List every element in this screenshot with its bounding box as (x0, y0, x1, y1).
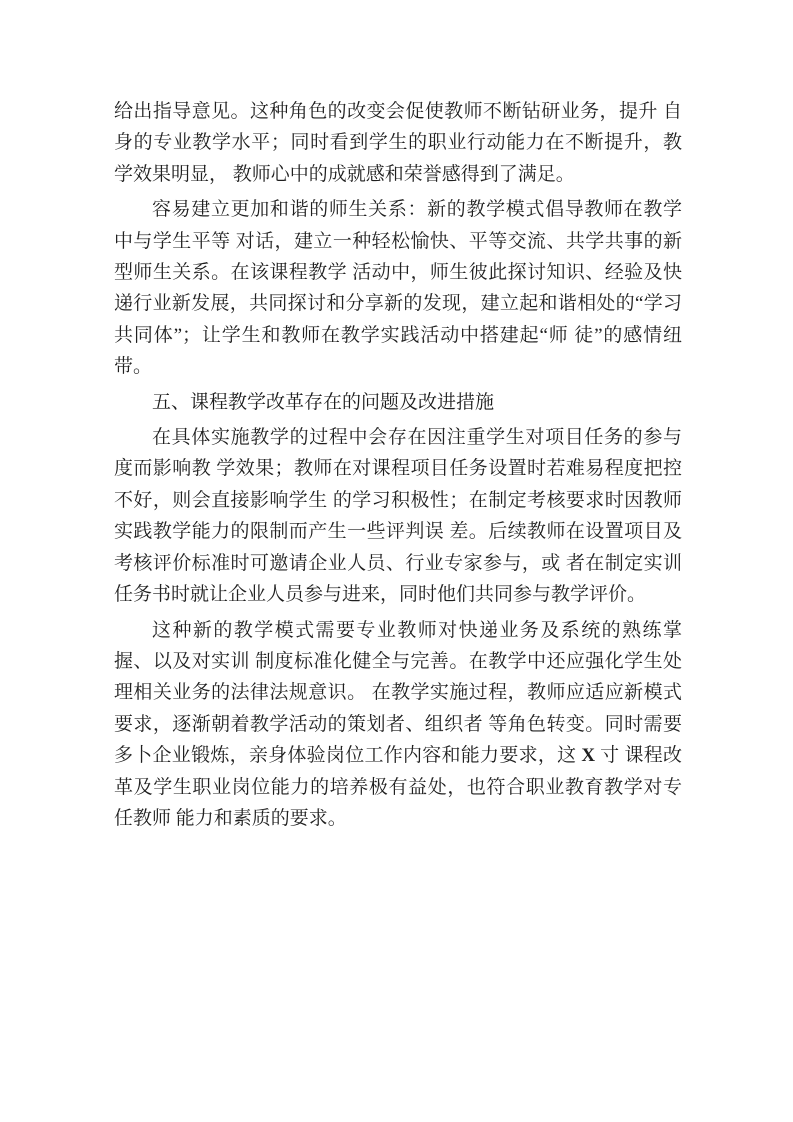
paragraph-new-model-requirements: 这种新的教学模式需要专业教师对快递业务及系统的熟练掌握、以及对实训 制度标准化健… (114, 615, 682, 835)
paragraph-teacher-role-continuation: 给出指导意见。这种角色的改变会促使教师不断钻研业务，提升 自身的专业教学水平；同… (114, 96, 682, 190)
document-text-block: 给出指导意见。这种角色的改变会促使教师不断钻研业务，提升 自身的专业教学水平；同… (114, 96, 682, 838)
document-page: 给出指导意见。这种角色的改变会促使教师不断钻研业务，提升 自身的专业教学水平；同… (0, 0, 793, 1122)
paragraph-segment-bold-x: X (581, 745, 595, 766)
section-heading-problems-and-improvements: 五、课程教学改革存在的问题及改进措施 (114, 387, 682, 418)
paragraph-implementation-problems: 在具体实施教学的过程中会存在因注重学生对项目任务的参与度而影响教 学效果；教师在… (114, 422, 682, 610)
paragraph-harmonious-teacher-student-relations: 容易建立更加和谐的师生关系：新的教学模式倡导教师在教学中与学生平等 对话，建立一… (114, 194, 682, 382)
